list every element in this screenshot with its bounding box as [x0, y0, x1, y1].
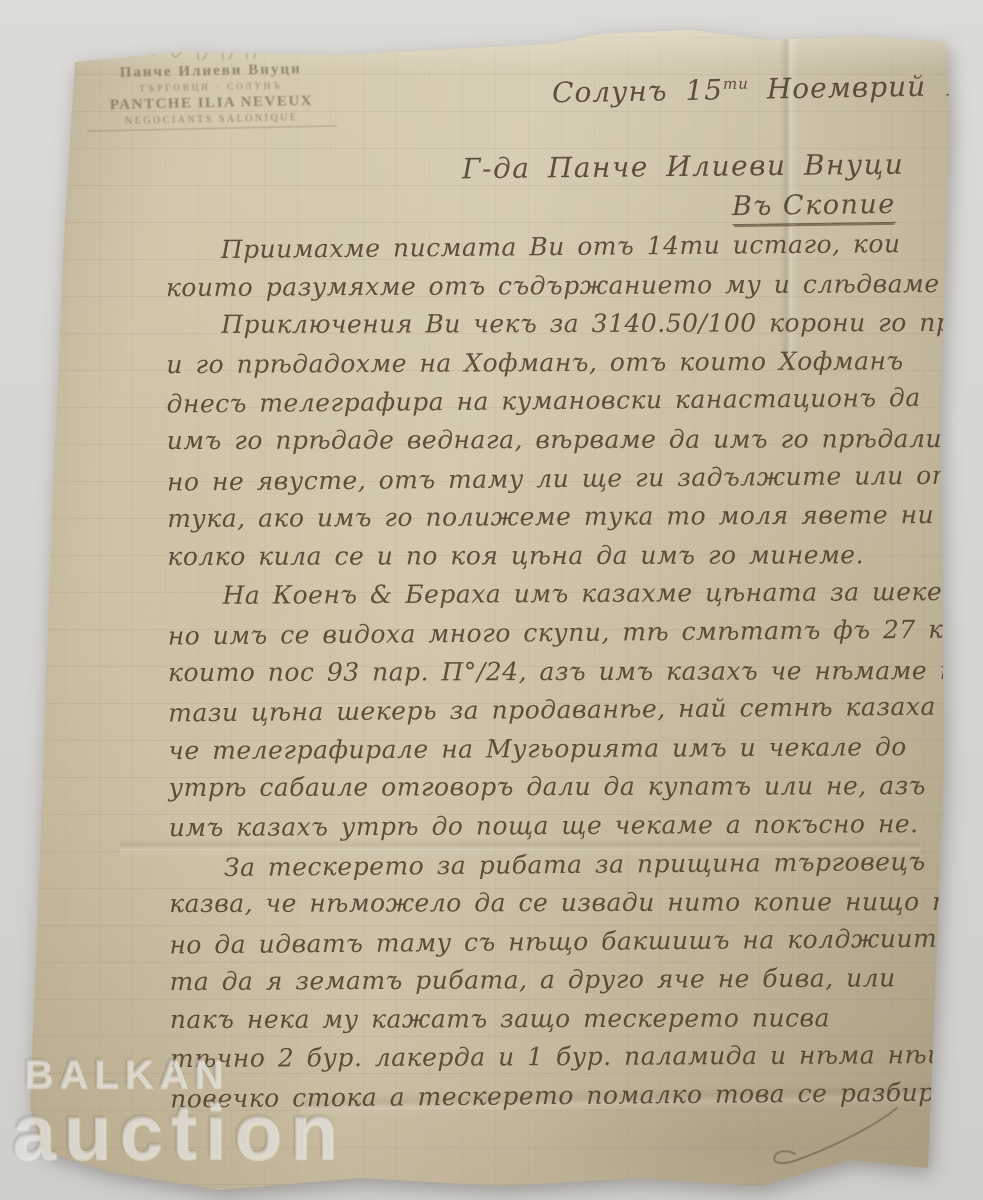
letter-line: На Коенъ & Бераха имъ казахме цѣната за …: [168, 577, 968, 620]
dateline-month: Ноемврий: [767, 70, 927, 106]
letter-line: които пос 93 пар. П°/24, азъ имъ казахъ …: [168, 655, 968, 696]
letter-line: тѣчно 2 бур. лакерда и 1 бур. паламида и…: [170, 1040, 970, 1083]
auction-watermark-bottom: auction: [12, 1086, 345, 1177]
dateline-day: 15: [685, 73, 723, 107]
paper-shadow: Панче Илиеви Внуци ТЪРГОВЦИ · СОЛУНЪ PAN…: [0, 0, 983, 1200]
letter-body: Приимахме писмата Ви отъ 14ти истаго, ко…: [166, 230, 971, 1122]
letterhead-subtitle-latin: NEGOCIANTS SALONIQUE: [87, 111, 337, 131]
dateline-ordinal: ти: [723, 75, 749, 93]
letter-line: казва, че нѣможело да се извади нито коп…: [169, 887, 969, 928]
letter-line: За тескерето за рибата за прищина търгов…: [169, 846, 969, 892]
letter-line: Приключения Ви чекъ за 3140.50/100 корон…: [166, 308, 966, 349]
letter-line: имъ казахъ утрѣ до поща ще чекаме а покъ…: [169, 809, 969, 852]
letter-line: утрѣ сабаиле отговоръ дали да купатъ или…: [169, 771, 969, 812]
dateline: Солунъ 15ти Ноемврий 1905г.: [552, 68, 983, 110]
letter-line: които разумяхме отъ съдържанието му и сл…: [166, 269, 966, 312]
letter-line: че телеграфирале на Мугьорията имъ и чек…: [168, 732, 968, 775]
addressee-city-underlined: Въ Скопие: [732, 189, 896, 225]
letter-line: но не явусте, отъ таму ли ще ги задължит…: [167, 460, 967, 506]
letterhead-stamp: Панче Илиеви Внуци ТЪРГОВЦИ · СОЛУНЪ PAN…: [85, 39, 337, 131]
dateline-year: 1905г.: [944, 68, 983, 103]
letter-line: днесъ телеграфира на кумановски канастац…: [166, 383, 966, 429]
dateline-city: Солунъ: [552, 74, 668, 109]
addressee-name: Г-да Панче Илиеви Внуци: [462, 148, 905, 186]
letter-line: колко кила се и по коя цѣна да имъ го ми…: [167, 540, 967, 581]
letter-line: имъ го прѣдаде веднага, вѣрваме да имъ г…: [167, 424, 967, 465]
letter-line: тука, ако имъ го полижеме тука то моля я…: [167, 500, 967, 543]
letter-line: и го прѣдадохме на Хофманъ, отъ които Хо…: [166, 346, 966, 389]
photo-background: Панче Илиеви Внуци ТЪРГОВЦИ · СОЛУНЪ PAN…: [0, 0, 983, 1200]
letter-line: тази цѣна шекерь за продаванѣе, най сетн…: [168, 692, 968, 738]
ottoman-script-flourish: [135, 40, 285, 61]
letter-paper: Панче Илиеви Внуци ТЪРГОВЦИ · СОЛУНЪ PAN…: [0, 0, 983, 1200]
letter-line: но да идватъ таму съ нѣщо бакшишъ на кол…: [169, 923, 969, 969]
letter-line: но имъ се видоха много скупи, тѣ смѣтатъ…: [168, 614, 968, 660]
letter-line: Приимахме писмата Ви отъ 14ти истаго, ко…: [166, 229, 966, 275]
letter-line: та да я зематъ рибата, а друго яче не би…: [170, 963, 970, 1006]
addressee-city: Въ Скопие: [732, 189, 896, 222]
pencil-mark: [745, 1098, 915, 1188]
letter-line: пакъ нека му кажатъ защо тескерето писва: [170, 1003, 970, 1044]
